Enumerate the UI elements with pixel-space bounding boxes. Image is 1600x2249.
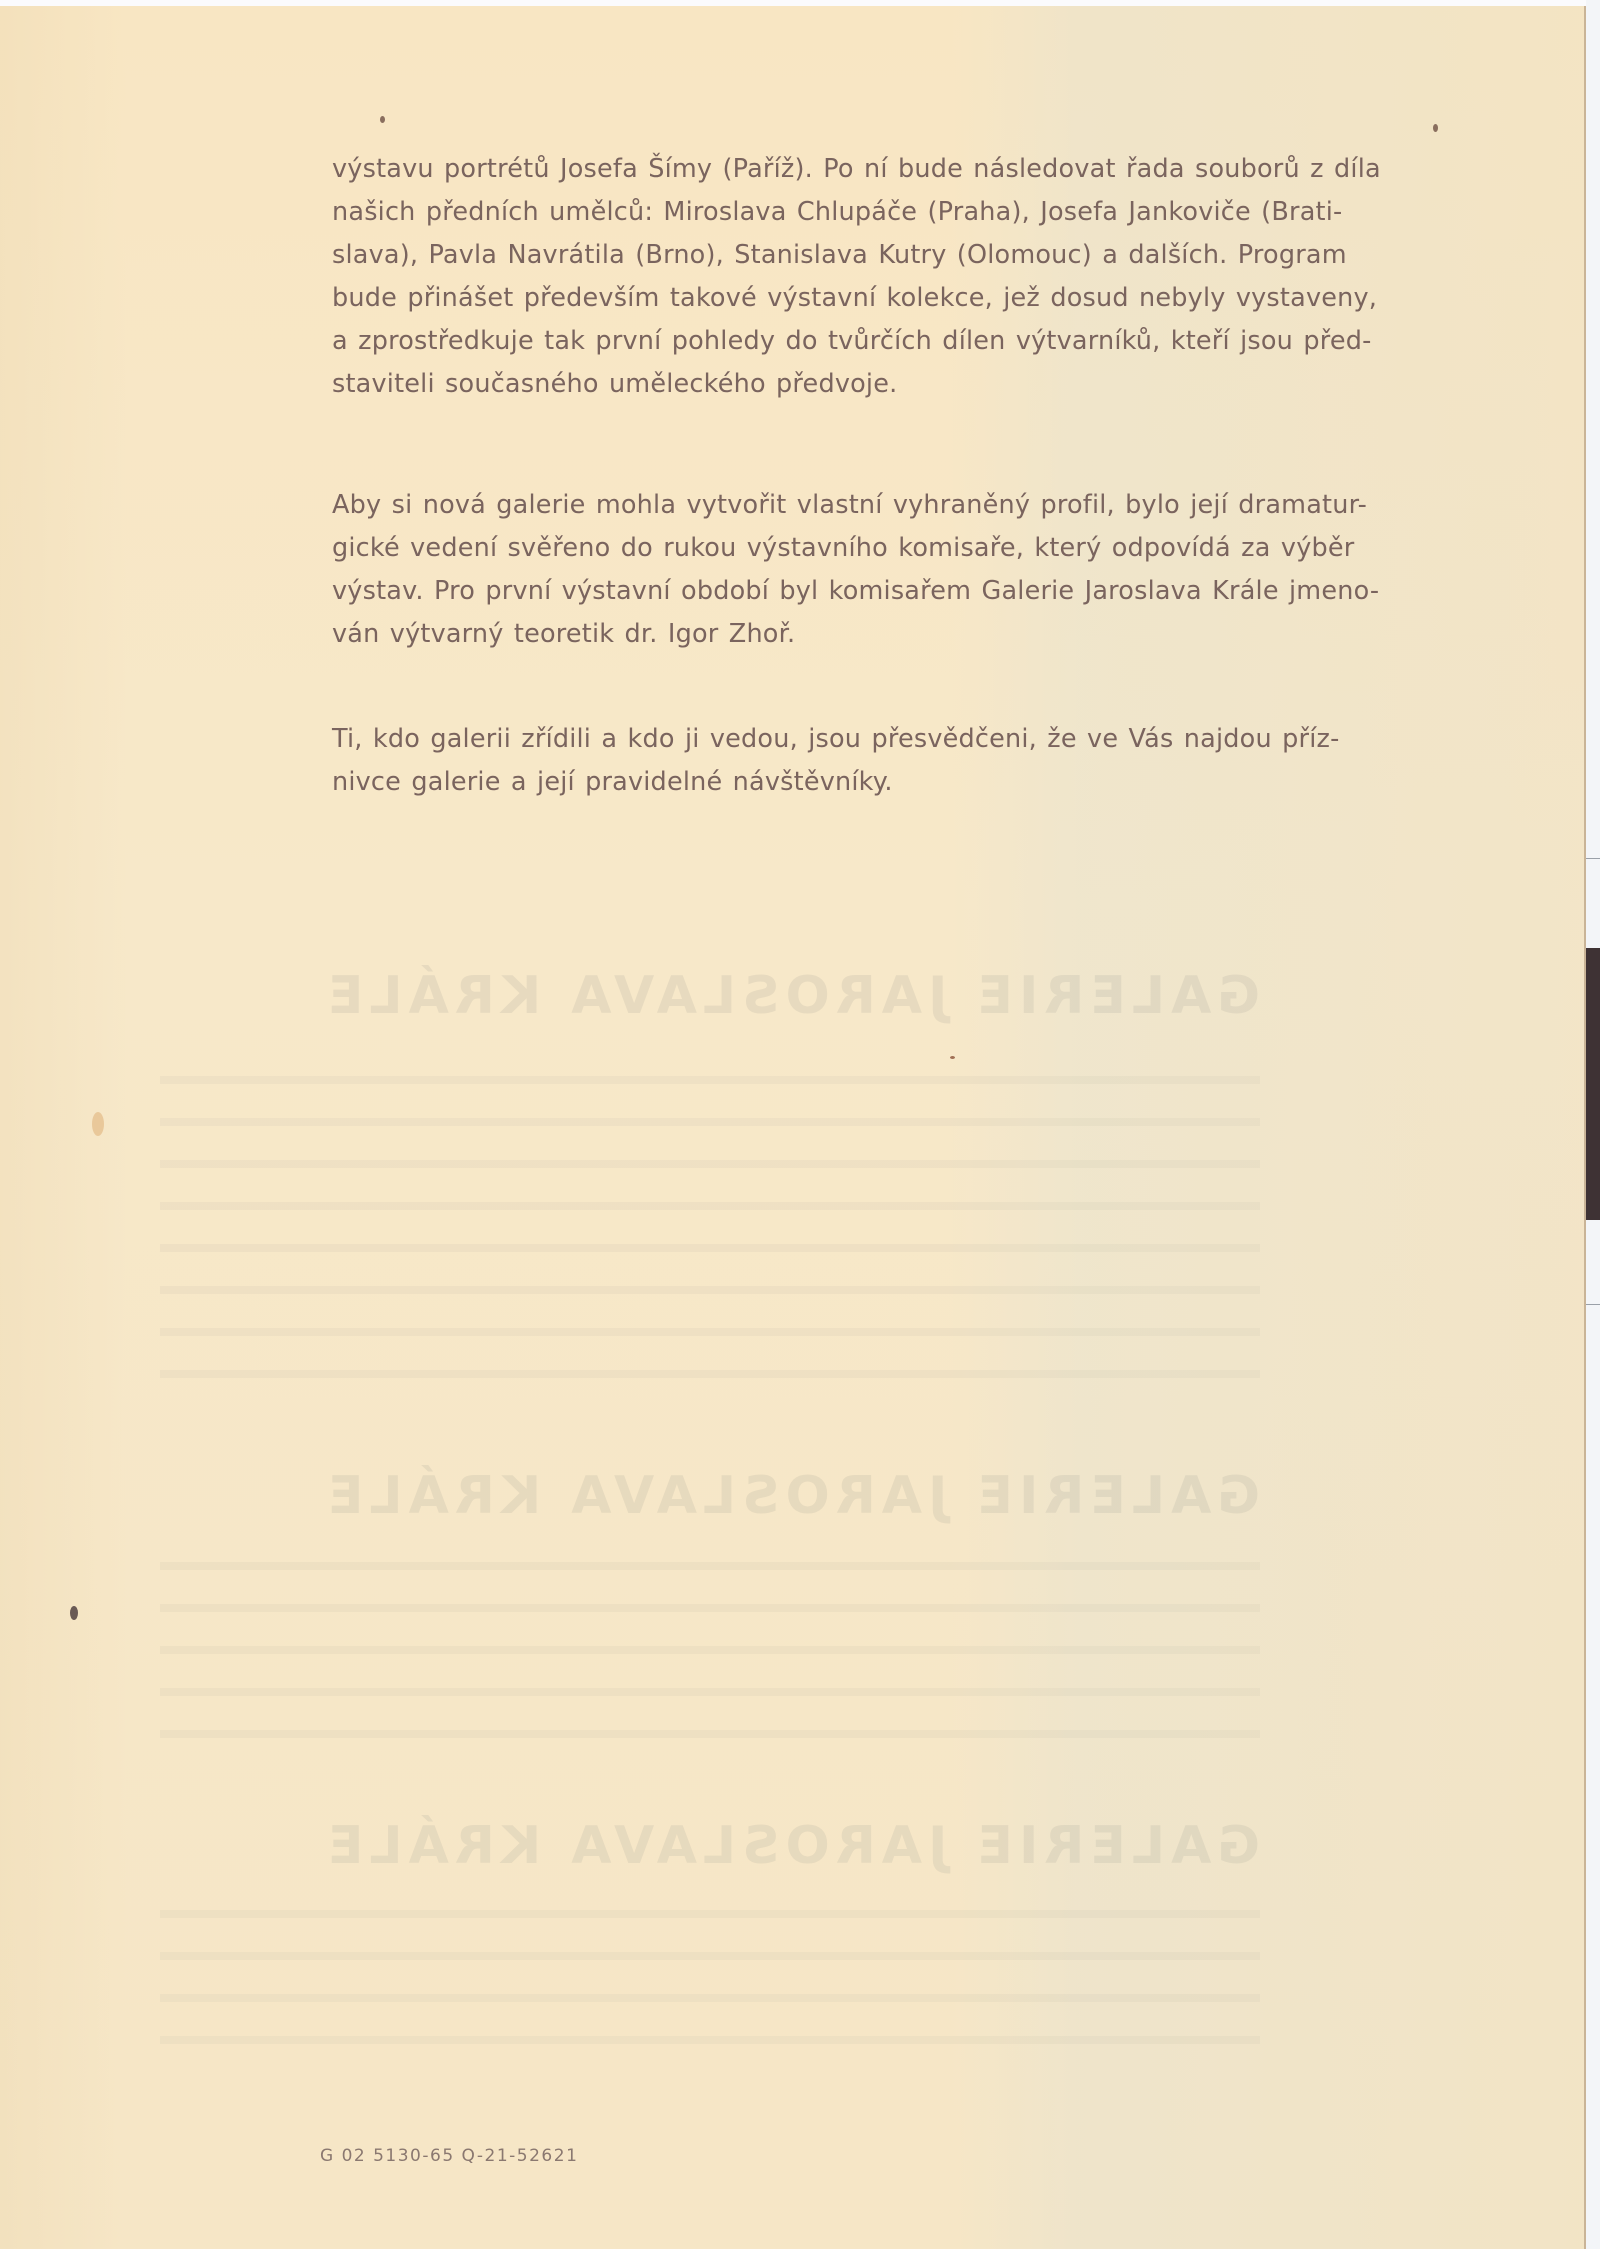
- print-code: G 02 5130-65 Q-21-52621: [320, 2146, 578, 2166]
- scan-dark-band: [1586, 948, 1600, 1220]
- show-through-line: [160, 1160, 1260, 1168]
- edge-line: [1586, 1304, 1600, 1305]
- paper-speck: [1433, 124, 1438, 132]
- show-through-line: [160, 1328, 1260, 1336]
- show-through-line: [160, 2036, 1260, 2044]
- paragraph-closing: Ti, kdo galerii zřídili a kdo ji vedou, …: [332, 718, 1480, 804]
- show-through-heading: GALERIE JAROSLAVA KRÁLE: [160, 966, 1260, 1026]
- show-through-heading: GALERIE JAROSLAVA KRÁLE: [160, 1466, 1260, 1526]
- text-line: gické vedení svěřeno do rukou výstavního…: [332, 527, 1480, 570]
- text-line: Ti, kdo galerii zřídili a kdo ji vedou, …: [332, 718, 1480, 761]
- text-line: staviteli současného uměleckého předvoje…: [332, 363, 1480, 406]
- show-through-line: [160, 1202, 1260, 1210]
- paper-stain: [92, 1112, 104, 1136]
- show-through-line: [160, 1076, 1260, 1084]
- paragraph-program: výstavu portrétů Josefa Šímy (Paříž). Po…: [332, 148, 1480, 406]
- text-line: slava), Pavla Navrátila (Brno), Stanisla…: [332, 234, 1480, 277]
- show-through-line: [160, 1244, 1260, 1252]
- show-through-line: [160, 1604, 1260, 1612]
- text-line: výstavu portrétů Josefa Šímy (Paříž). Po…: [332, 148, 1480, 191]
- show-through-line: [160, 1286, 1260, 1294]
- show-through-line: [160, 1646, 1260, 1654]
- text-line: a zprostředkuje tak první pohledy do tvů…: [332, 320, 1480, 363]
- text-line: výstav. Pro první výstavní období byl ko…: [332, 570, 1480, 613]
- show-through-line: [160, 1688, 1260, 1696]
- text-line: Aby si nová galerie mohla vytvořit vlast…: [332, 484, 1480, 527]
- edge-line: [1586, 858, 1600, 859]
- paper-speck: [70, 1606, 78, 1620]
- text-line: našich předních umělců: Miroslava Chlupá…: [332, 191, 1480, 234]
- text-line: nivce galerie a její pravidelné návštěvn…: [332, 761, 1480, 804]
- paper-speck: [950, 1056, 955, 1059]
- paper-page: GALERIE JAROSLAVA KRÁLE GALERIE JAROSLAV…: [0, 6, 1586, 2249]
- paper-speck: [380, 116, 385, 123]
- show-through-line: [160, 1730, 1260, 1738]
- show-through-line: [160, 1370, 1260, 1378]
- show-through-line: [160, 1562, 1260, 1570]
- show-through-line: [160, 1910, 1260, 1918]
- text-line: bude přinášet především takové výstavní …: [332, 277, 1480, 320]
- show-through-line: [160, 1118, 1260, 1126]
- show-through-line: [160, 1994, 1260, 2002]
- show-through-heading: GALERIE JAROSLAVA KRÁLE: [160, 1816, 1260, 1876]
- paragraph-commissioner: Aby si nová galerie mohla vytvořit vlast…: [332, 484, 1480, 656]
- show-through-line: [160, 1952, 1260, 1960]
- text-line: ván výtvarný teoretik dr. Igor Zhoř.: [332, 613, 1480, 656]
